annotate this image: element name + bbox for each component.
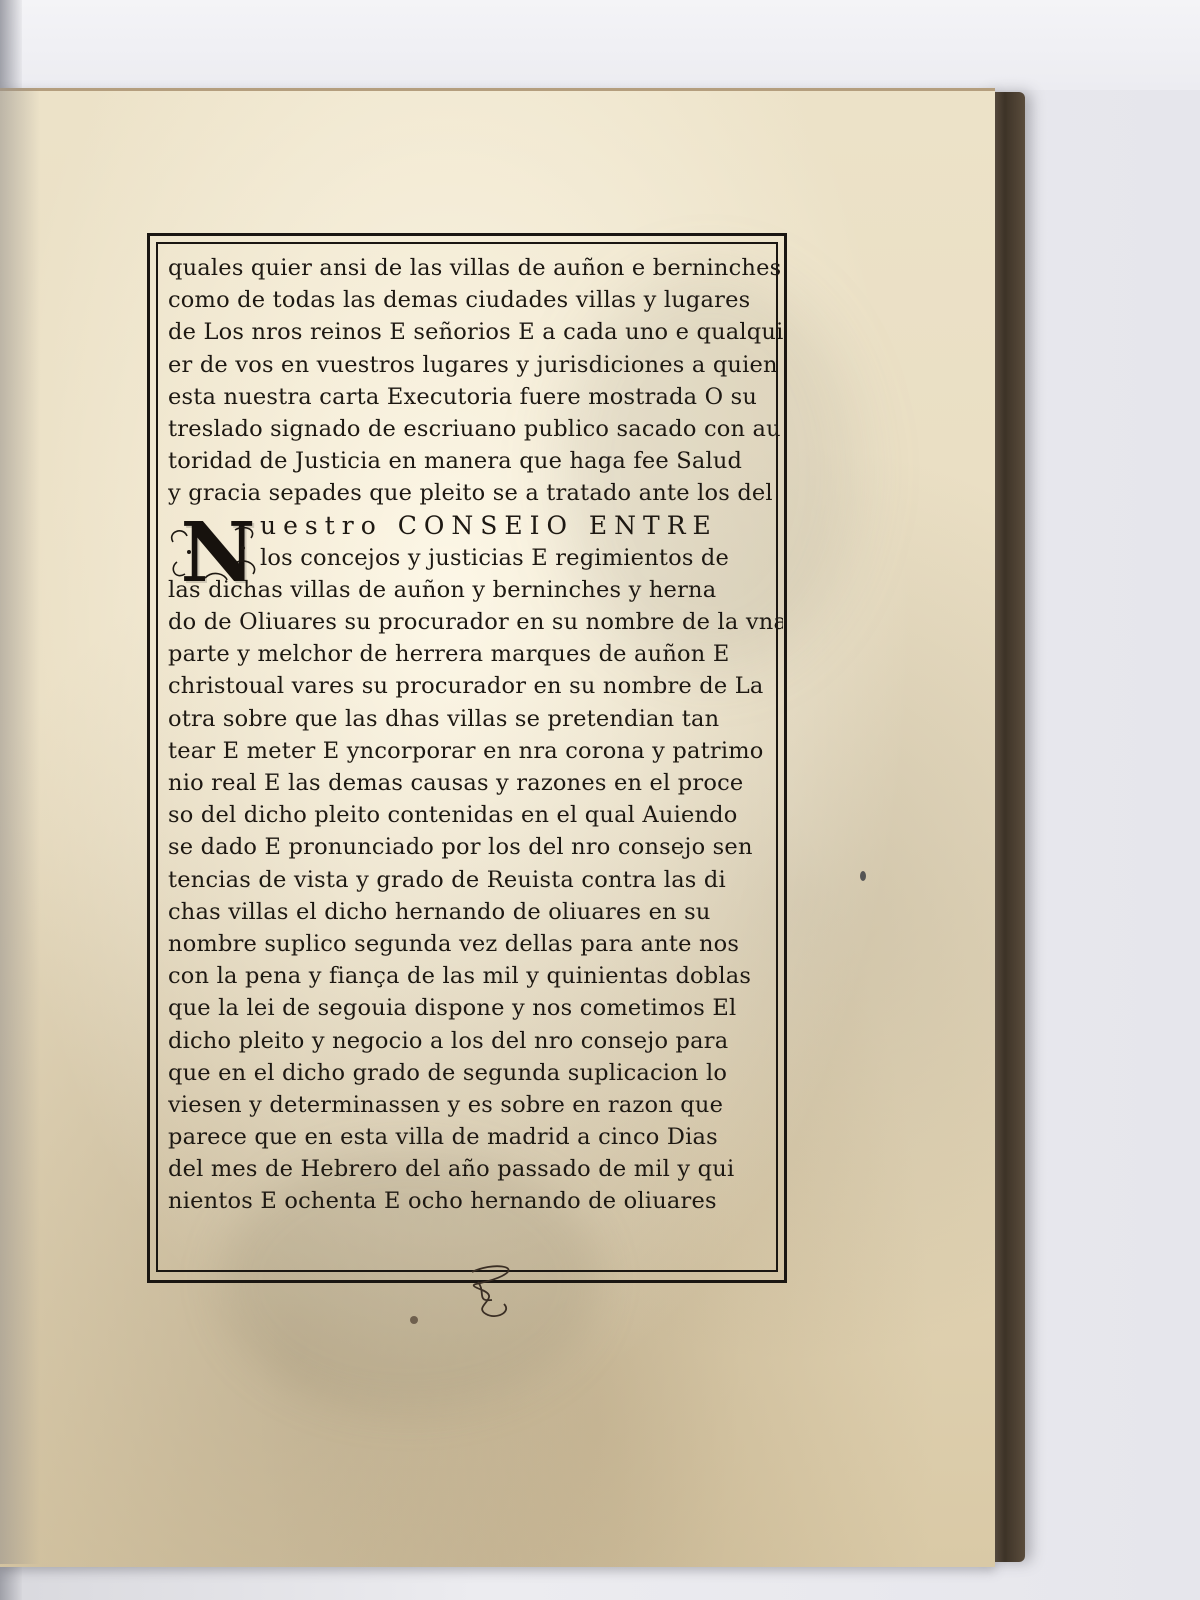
text-line: er de vos en vuestros lugares y jurisdic… <box>168 349 783 381</box>
text-line: nombre suplico segunda vez dellas para a… <box>168 928 783 960</box>
text-line: otra sobre que las dhas villas se preten… <box>168 703 783 735</box>
text-line: esta nuestra carta Executoria fuere most… <box>168 381 783 413</box>
text-line-heading: uestro CONSEIO ENTRE <box>168 510 783 542</box>
text-line: que la lei de segouia dispone y nos come… <box>168 992 783 1024</box>
text-line: se dado E pronunciado por los del nro co… <box>168 831 783 863</box>
text-line: que en el dicho grado de segunda suplica… <box>168 1057 783 1089</box>
manuscript-text: quales quier ansi de las villas de auñon… <box>168 252 783 1218</box>
text-line: quales quier ansi de las villas de auñon… <box>168 252 783 284</box>
text-line: los concejos y justicias E regimientos d… <box>168 542 783 574</box>
text-line: las dichas villas de auñon y berninches … <box>168 574 783 606</box>
scribe-rubric-signature-icon <box>452 1262 532 1322</box>
text-line: christoual vares su procurador en su nom… <box>168 670 783 702</box>
text-line: do de Oliuares su procurador en su nombr… <box>168 606 783 638</box>
text-line: tear E meter E yncorporar en nra corona … <box>168 735 783 767</box>
ink-speck <box>860 871 866 881</box>
text-line: del mes de Hebrero del año passado de mi… <box>168 1153 783 1185</box>
text-line: so del dicho pleito contenidas en el qua… <box>168 799 783 831</box>
page-gutter-shadow <box>0 88 40 1564</box>
text-line: de Los nros reinos E señorios E a cada u… <box>168 316 783 348</box>
text-line: y gracia sepades que pleito se a tratado… <box>168 477 783 509</box>
text-line: tencias de vista y grado de Reuista cont… <box>168 864 783 896</box>
text-line: dicho pleito y negocio a los del nro con… <box>168 1025 783 1057</box>
text-line: treslado signado de escriuano publico sa… <box>168 413 783 445</box>
text-line: nientos E ochenta E ocho hernando de oli… <box>168 1185 783 1217</box>
text-line: como de todas las demas ciudades villas … <box>168 284 783 316</box>
text-line: nio real E las demas causas y razones en… <box>168 767 783 799</box>
text-line: parte y melchor de herrera marques de au… <box>168 638 783 670</box>
text-line: con la pena y fiança de las mil y quinie… <box>168 960 783 992</box>
photo-backdrop <box>0 0 1200 90</box>
text-line: toridad de Justicia en manera que haga f… <box>168 445 783 477</box>
text-line: parece que en esta villa de madrid a cin… <box>168 1121 783 1153</box>
text-line: viesen y determinassen y es sobre en raz… <box>168 1089 783 1121</box>
text-line: chas villas el dicho hernando de oliuare… <box>168 896 783 928</box>
